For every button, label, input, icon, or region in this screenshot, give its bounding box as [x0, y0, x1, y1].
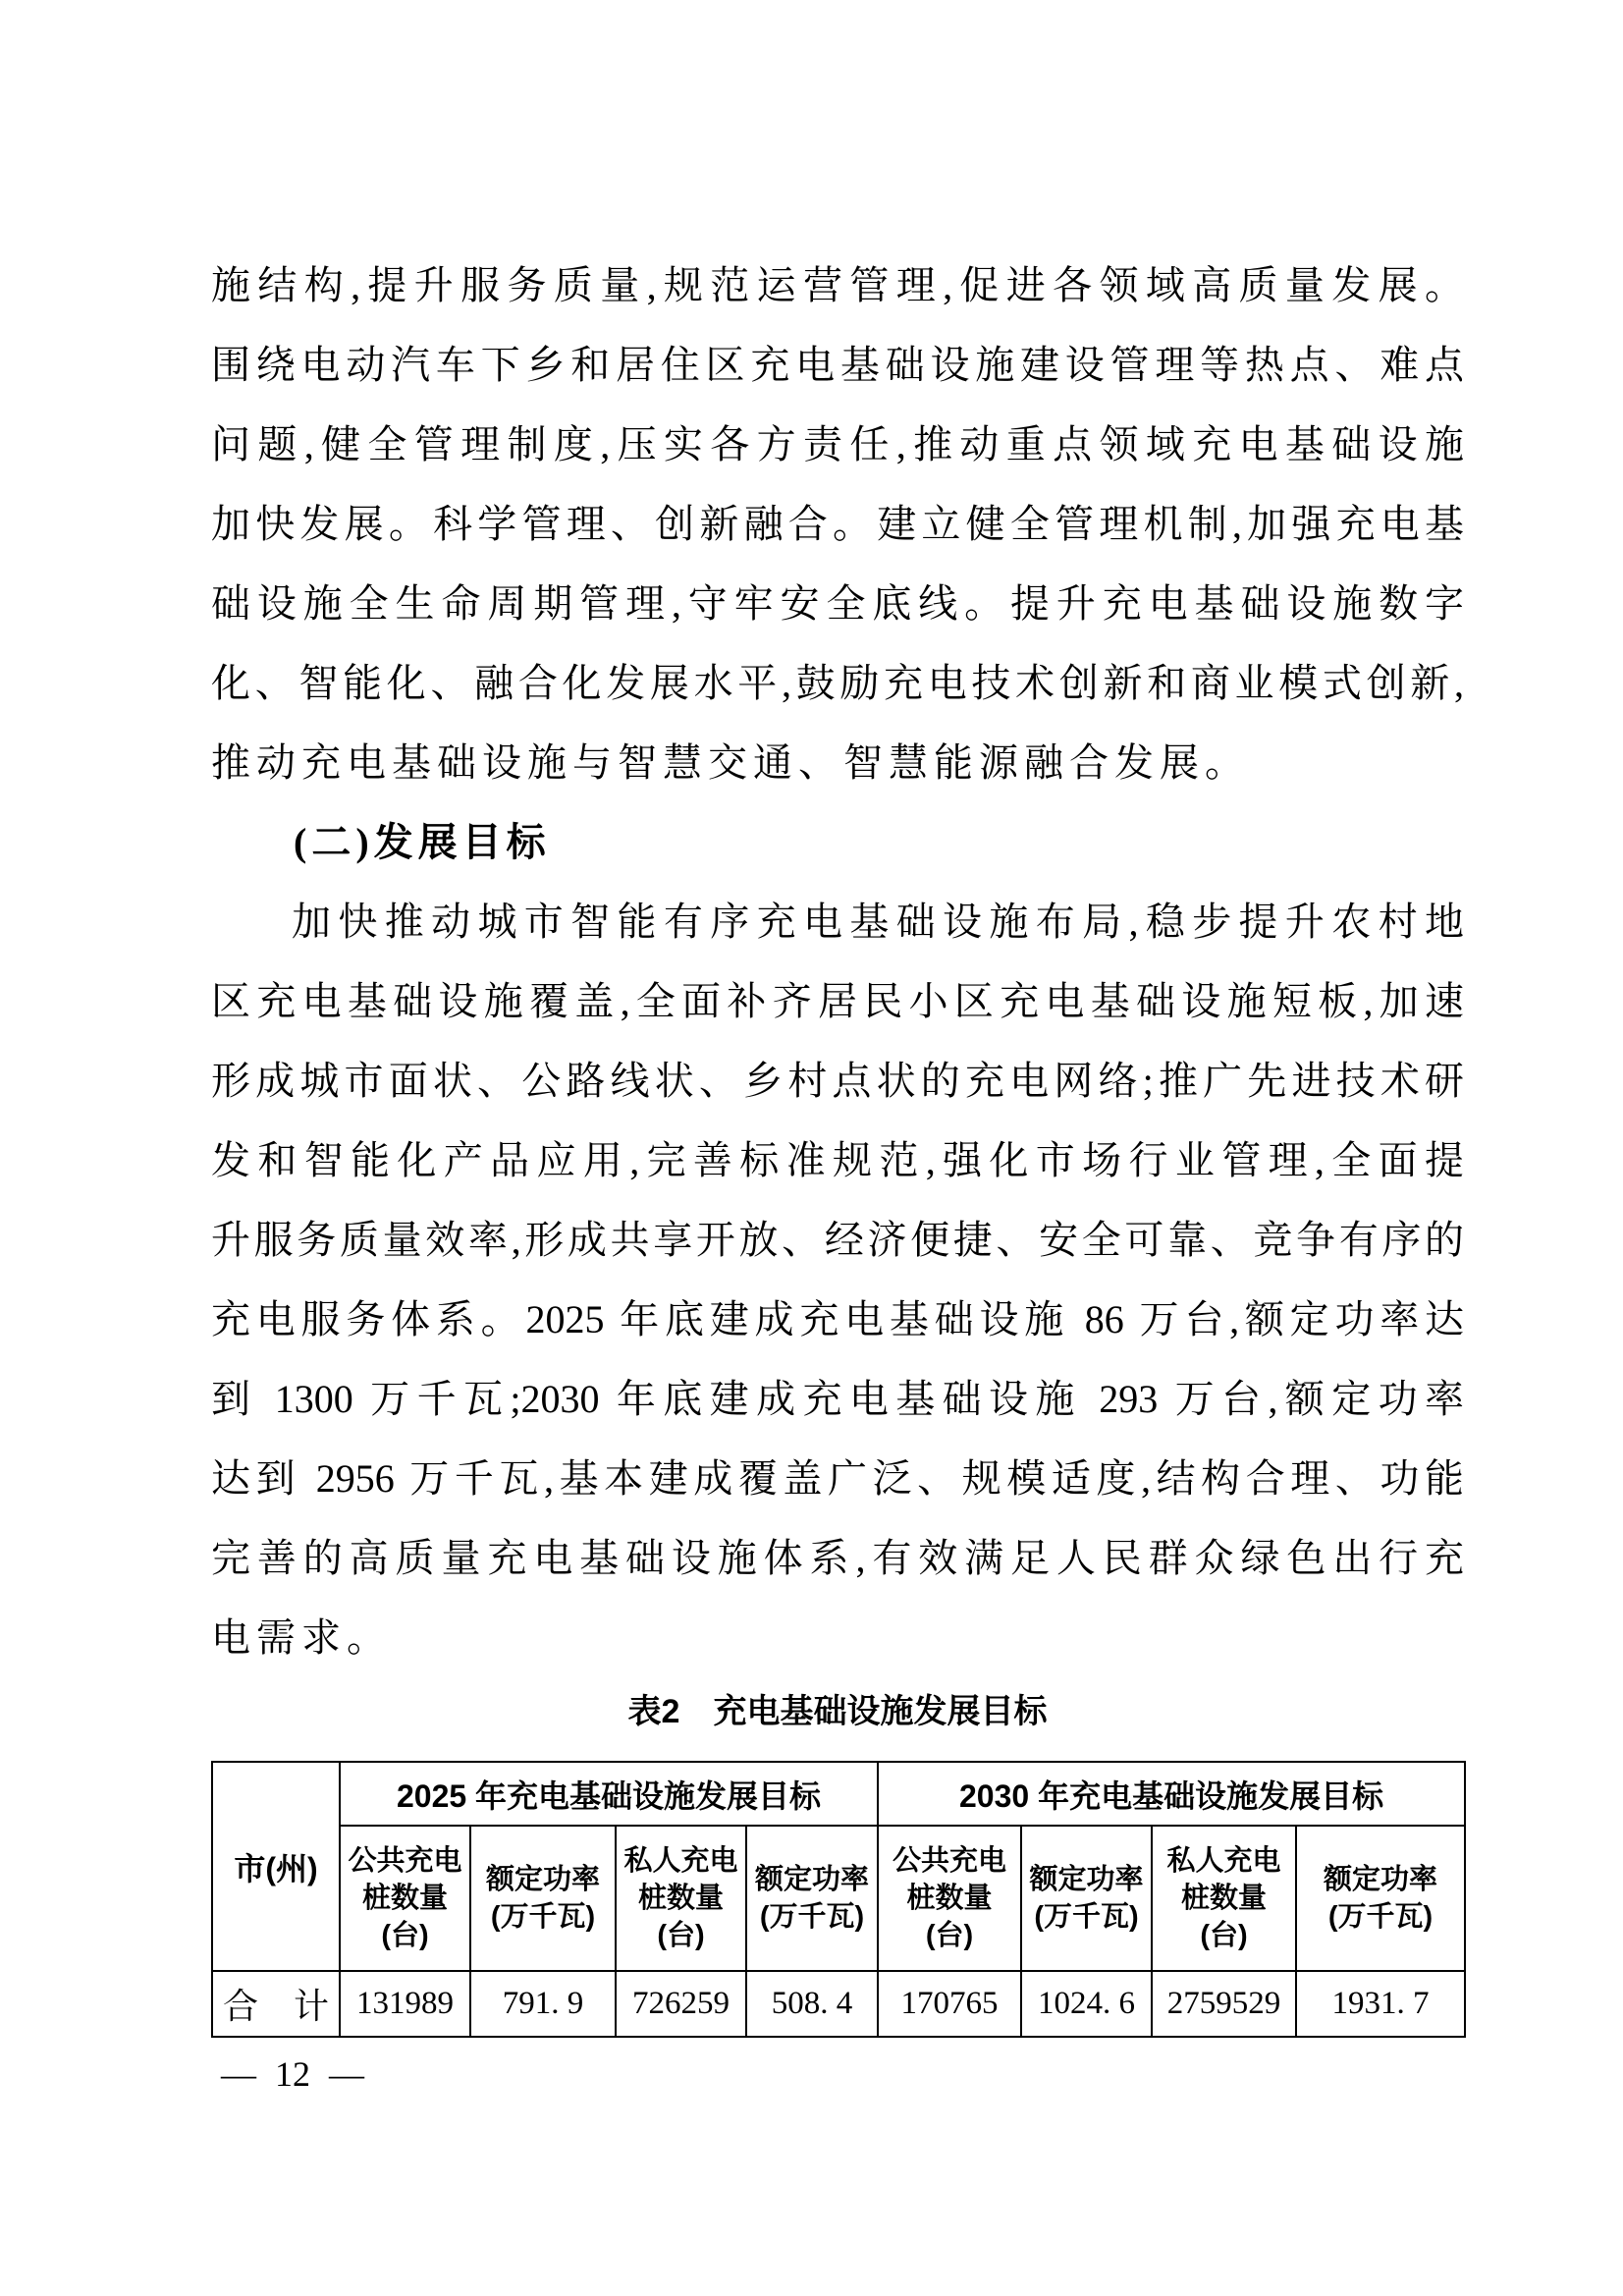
table-subheader-cell: 公共充电 桩数量 (台) [878, 1826, 1021, 1971]
table-row-label: 合 计 [212, 1971, 340, 2037]
table-group-header-2025: 2025 年充电基础设施发展目标 [340, 1762, 878, 1826]
table-cell: 791. 9 [470, 1971, 616, 2037]
body-line: 区充电基础设施覆盖,全面补齐居民小区充电基础设施短板,加速 [211, 961, 1464, 1041]
table-cell: 1931. 7 [1296, 1971, 1465, 2037]
table-cell: 726259 [616, 1971, 746, 2037]
body-line: 充电服务体系。2025 年底建成充电基础设施 86 万台,额定功率达 [211, 1280, 1464, 1359]
table-cell: 2759529 [1152, 1971, 1296, 2037]
table-subheader-cell: 额定功率 (万千瓦) [470, 1826, 616, 1971]
body-line: 施结构,提升服务质量,规范运营管理,促进各领域高质量发展。 [211, 246, 1464, 325]
body-line: 电需求。 [211, 1598, 1464, 1677]
body-line: 形成城市面状、公路线状、乡村点状的充电网络;推广先进技术研 [211, 1041, 1464, 1121]
body-line: 问题,健全管理制度,压实各方责任,推动重点领域充电基础设施 [211, 405, 1464, 484]
body-line: 围绕电动汽车下乡和居住区充电基础设施建设管理等热点、难点 [211, 325, 1464, 405]
table-corner-header: 市(州) [212, 1762, 340, 1971]
table-subheader-row: 公共充电 桩数量 (台) 额定功率 (万千瓦) 私人充电 桩数量 (台) 额定功… [212, 1826, 1465, 1971]
table-group-header-row: 市(州) 2025 年充电基础设施发展目标 2030 年充电基础设施发展目标 [212, 1762, 1465, 1826]
table-subheader-cell: 私人充电 桩数量 (台) [1152, 1826, 1296, 1971]
table-subheader-cell: 额定功率 (万千瓦) [746, 1826, 878, 1971]
table-row-total: 合 计 131989 791. 9 726259 508. 4 170765 1… [212, 1971, 1465, 2037]
body-line: 推动充电基础设施与智慧交通、智慧能源融合发展。 [211, 723, 1464, 802]
body-line: 化、智能化、融合化发展水平,鼓励充电技术创新和商业模式创新, [211, 643, 1464, 723]
table-group-header-2030: 2030 年充电基础设施发展目标 [878, 1762, 1465, 1826]
table-subheader-cell: 公共充电 桩数量 (台) [340, 1826, 470, 1971]
body-line: 加快发展。科学管理、创新融合。建立健全管理机制,加强充电基 [211, 484, 1464, 564]
table-cell: 131989 [340, 1971, 470, 2037]
page-number: — 12 — [221, 2052, 364, 2096]
table-subheader-cell: 额定功率 (万千瓦) [1296, 1826, 1465, 1971]
table-title: 表2 充电基础设施发展目标 [211, 1689, 1464, 1734]
body-line: 础设施全生命周期管理,守牢安全底线。提升充电基础设施数字 [211, 564, 1464, 643]
table-cell: 1024. 6 [1021, 1971, 1152, 2037]
body-line: 发和智能化产品应用,完善标准规范,强化市场行业管理,全面提 [211, 1121, 1464, 1200]
table-subheader-cell: 私人充电 桩数量 (台) [616, 1826, 746, 1971]
development-goals-table: 市(州) 2025 年充电基础设施发展目标 2030 年充电基础设施发展目标 公… [211, 1761, 1466, 2038]
section-heading: (二)发展目标 [211, 802, 1464, 882]
table-cell: 508. 4 [746, 1971, 878, 2037]
body-line: 加快推动城市智能有序充电基础设施布局,稳步提升农村地 [211, 882, 1464, 961]
body-line: 完善的高质量充电基础设施体系,有效满足人民群众绿色出行充 [211, 1518, 1464, 1598]
table-cell: 170765 [878, 1971, 1021, 2037]
body-text: 施结构,提升服务质量,规范运营管理,促进各领域高质量发展。 围绕电动汽车下乡和居… [211, 246, 1464, 1677]
table-subheader-cell: 额定功率 (万千瓦) [1021, 1826, 1152, 1971]
body-line: 升服务质量效率,形成共享开放、经济便捷、安全可靠、竞争有序的 [211, 1200, 1464, 1280]
body-line: 到 1300 万千瓦;2030 年底建成充电基础设施 293 万台,额定功率 [211, 1359, 1464, 1439]
body-line: 达到 2956 万千瓦,基本建成覆盖广泛、规模适度,结构合理、功能 [211, 1439, 1464, 1518]
document-page: 施结构,提升服务质量,规范运营管理,促进各领域高质量发展。 围绕电动汽车下乡和居… [0, 0, 1623, 2296]
